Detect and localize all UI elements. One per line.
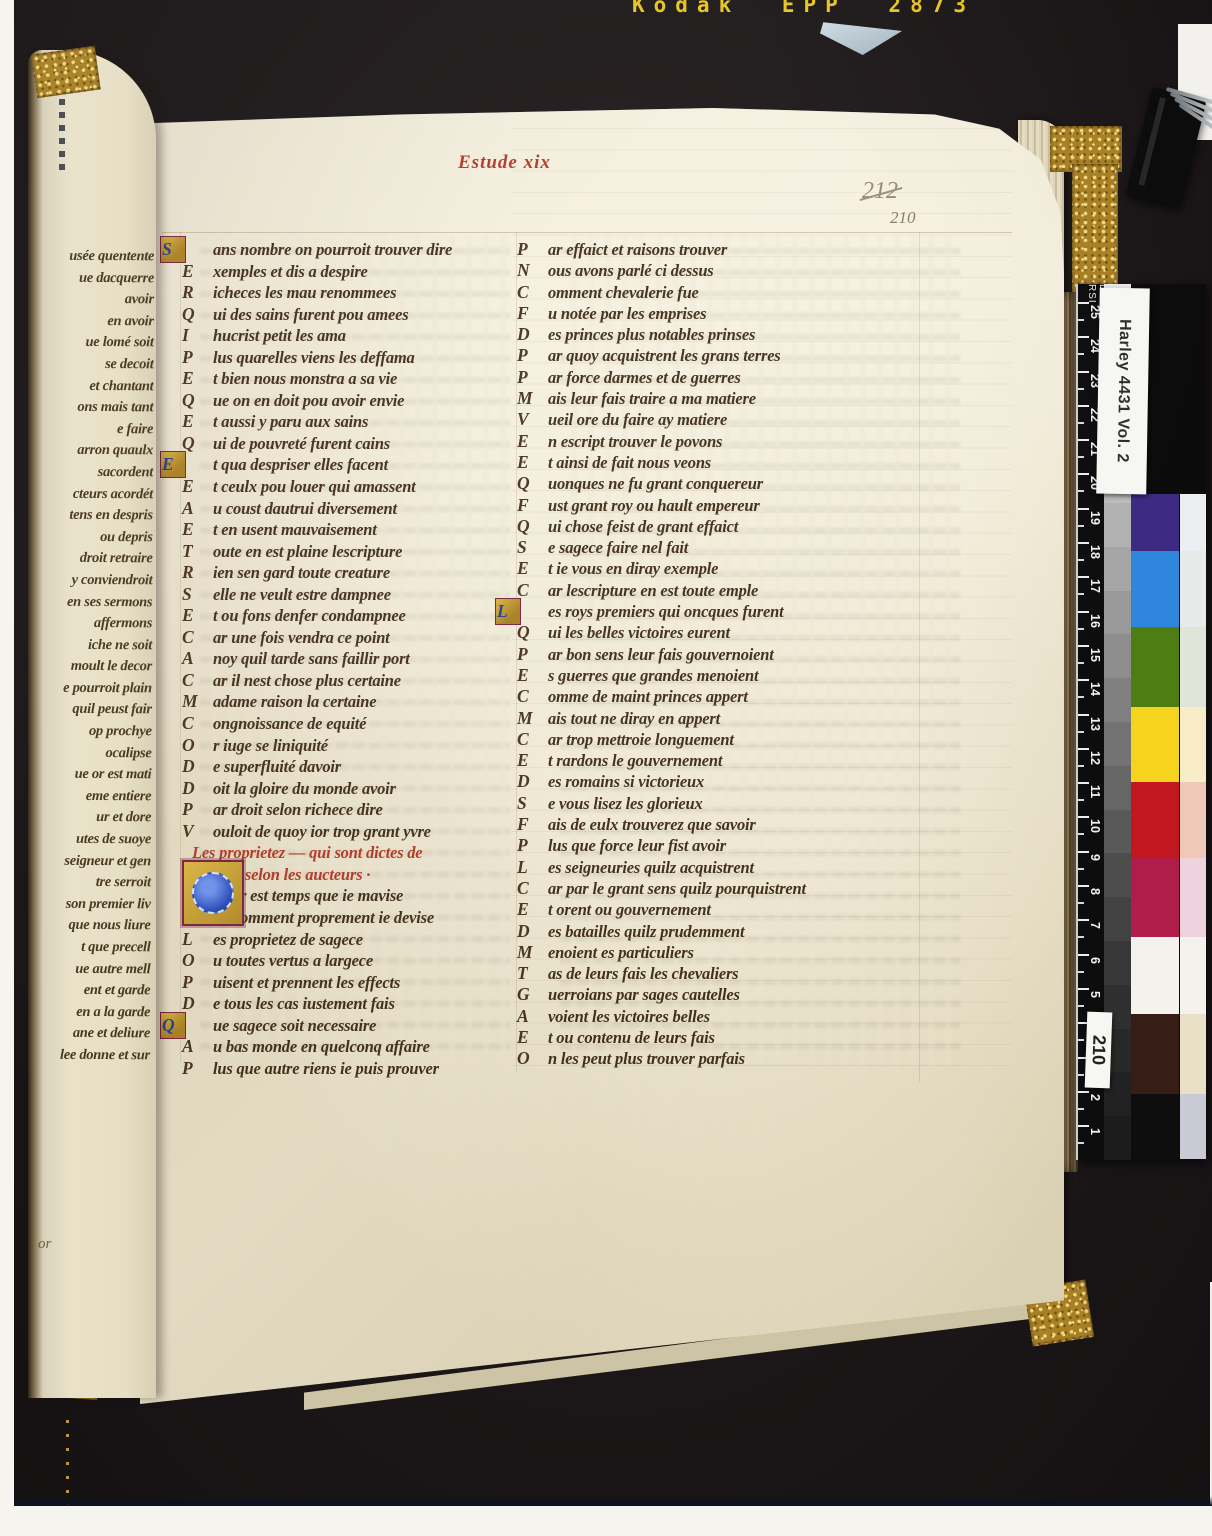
verse-text: ui de pouvreté furent cains bbox=[213, 433, 390, 455]
verse-initial: D bbox=[517, 771, 548, 792]
verse-text: ar effaict et raisons trouver bbox=[548, 239, 727, 260]
ruler-tick-short bbox=[1078, 731, 1084, 733]
verse-line: D es princes plus notables prinses bbox=[517, 324, 847, 345]
verse-initial: E bbox=[517, 558, 548, 579]
patch-main bbox=[1131, 782, 1179, 858]
verse-line: Q ui des sains furent pou amees bbox=[182, 304, 512, 326]
text-column-left: S ans nombre on pourroit trouver dire E … bbox=[182, 239, 512, 1079]
verse-initial: D bbox=[182, 993, 213, 1015]
patch-row bbox=[1131, 937, 1206, 1014]
prev-page-fragment: ane et deliure bbox=[34, 1023, 150, 1045]
folio-number-old: 212 bbox=[862, 178, 898, 205]
verse-line: F ais de eulx trouverez que savoir bbox=[517, 814, 847, 835]
verse-initial: T bbox=[182, 541, 213, 563]
verse-line: L es seigneuries quilz acquistrent bbox=[517, 857, 847, 878]
verse-line: P lus que force leur fist avoir bbox=[517, 835, 847, 856]
ruler-tick-long bbox=[1078, 576, 1089, 578]
ruler-tick-long bbox=[1078, 542, 1089, 544]
verse-text: t en usent mauvaisement bbox=[213, 519, 377, 541]
verse-line: V ouloit de quoy ior trop grant yvre bbox=[182, 821, 512, 843]
ruler-number: 1 bbox=[1088, 1128, 1102, 1135]
verse-initial: L bbox=[182, 929, 213, 951]
verse-line: O r iuge se liniquité bbox=[182, 735, 512, 757]
verse-line: G uerroians par sages cautelles bbox=[517, 984, 847, 1005]
verse-line: C ar il nest chose plus certaine bbox=[182, 670, 512, 692]
verse-text: ui des sains furent pou amees bbox=[213, 304, 408, 326]
patch-tint bbox=[1179, 707, 1206, 782]
patch-row bbox=[1131, 551, 1206, 627]
verse-initial: Q bbox=[517, 473, 548, 494]
verse-text: t ou fons denfer condampnee bbox=[213, 605, 406, 627]
patch-row bbox=[1131, 782, 1206, 858]
verse-line: E t ou contenu de leurs fais bbox=[517, 1027, 847, 1048]
prev-page-fragment: seigneur et gen bbox=[35, 850, 151, 872]
ruler-tick-long bbox=[1078, 405, 1089, 407]
ruler-number: 10 bbox=[1088, 819, 1102, 833]
prev-page-text: usée quententeue dacquerreavoiren avoiru… bbox=[34, 246, 154, 1067]
ruler-tick-short bbox=[1078, 1005, 1084, 1007]
verse-line: O u toutes vertus a largece bbox=[182, 950, 512, 972]
verse-initial: A bbox=[517, 1006, 548, 1027]
verse-initial: E bbox=[182, 261, 213, 283]
verse-line: S e vous lisez les glorieux bbox=[517, 793, 847, 814]
verse-line: D e superfluité davoir bbox=[182, 756, 512, 778]
text-column-right: P ar effaict et raisons trouver N ous av… bbox=[517, 239, 847, 1070]
verse-text: u coust dautrui diversement bbox=[213, 498, 397, 520]
verse-line: C omment chevalerie fue bbox=[517, 282, 847, 303]
verse-text: ue on en doit pou avoir envie bbox=[213, 390, 404, 412]
verse-line: C ongnoissance de equité bbox=[182, 713, 512, 735]
prev-page-fragment: en ses sermons bbox=[36, 591, 152, 613]
verse-line: C ar une fois vendra ce point bbox=[182, 627, 512, 649]
film-tab bbox=[820, 15, 902, 55]
verse-initial: E bbox=[182, 519, 213, 541]
verse-text: u bas monde en quelconq affaire bbox=[213, 1036, 430, 1058]
verse-initial: M bbox=[182, 691, 213, 713]
patch-tint bbox=[1179, 627, 1206, 707]
verse-line: S ans nombre on pourroit trouver dire bbox=[182, 239, 512, 261]
verse-text: xemples et dis a despire bbox=[213, 261, 368, 283]
verse-line: P uisent et prennent les effects bbox=[182, 972, 512, 994]
verse-text: ar lescripture en est toute emple bbox=[548, 580, 758, 601]
ruler-number: 13 bbox=[1088, 717, 1102, 731]
ruler-number: 6 bbox=[1088, 957, 1102, 964]
prev-page-fragment: en a la garde bbox=[34, 1001, 150, 1023]
ruler-number: 17 bbox=[1088, 579, 1102, 593]
verse-initial: Q bbox=[182, 390, 213, 412]
verse-text: omme de maint princes appert bbox=[548, 686, 748, 707]
verse-text: t ainsi de fait nous veons bbox=[548, 452, 711, 473]
ruler-tick-long bbox=[1078, 954, 1089, 956]
verse-initial: A bbox=[182, 1036, 213, 1058]
prev-page-fragment: ent et garde bbox=[34, 980, 150, 1002]
verse-text: t ou contenu de leurs fais bbox=[548, 1027, 715, 1048]
ruler-tick-long bbox=[1078, 439, 1089, 441]
ruler-tick-long bbox=[1078, 336, 1089, 338]
ruler-number: 14 bbox=[1088, 682, 1102, 696]
verse-line: M enoient es particuliers bbox=[517, 942, 847, 963]
color-patches bbox=[1131, 494, 1206, 1159]
ruler-tick-long bbox=[1078, 1091, 1089, 1093]
verse-text: noy quil tarde sans faillir port bbox=[213, 648, 410, 670]
ruler-tick-long bbox=[1078, 816, 1089, 818]
verse-line: E t ie vous en diray exemple bbox=[517, 558, 847, 579]
quire-mark: or bbox=[38, 1236, 51, 1253]
patch-main bbox=[1131, 1014, 1179, 1094]
prev-page-fragment: son premier liv bbox=[35, 894, 151, 916]
verse-line: Q ui de pouvreté furent cains bbox=[182, 433, 512, 455]
verse-initial: M bbox=[517, 942, 548, 963]
verse-line: E t en usent mauvaisement bbox=[182, 519, 512, 541]
verse-group-a: S ans nombre on pourroit trouver dire E … bbox=[182, 239, 512, 842]
verse-text: lus que force leur fist avoir bbox=[548, 835, 726, 856]
folio-sticker-text: 210 bbox=[1087, 1035, 1109, 1066]
patch-row bbox=[1131, 1014, 1206, 1094]
verse-line: L es proprietez de sagece bbox=[182, 929, 512, 951]
verse-line: R icheces les mau renommees bbox=[182, 282, 512, 304]
verse-initial: F bbox=[517, 495, 548, 516]
verse-line: Q uonques ne fu grant conquereur bbox=[517, 473, 847, 494]
verse-initial: C bbox=[517, 580, 548, 601]
ruler-number: 18 bbox=[1088, 545, 1102, 559]
verse-initial: A bbox=[182, 648, 213, 670]
verse-text: es roys premiers qui oncques furent bbox=[548, 601, 783, 622]
patch-tint bbox=[1179, 1094, 1206, 1159]
page-heading: Estude xix bbox=[458, 152, 551, 174]
ruler-tick-long bbox=[1078, 371, 1089, 373]
verse-initial: P bbox=[517, 835, 548, 856]
ruler-tick-long bbox=[1078, 988, 1089, 990]
verse-line: S elle ne veult estre dampnee bbox=[182, 584, 512, 606]
verse-text: omment proprement ie devise bbox=[240, 907, 434, 929]
patch-main bbox=[1131, 551, 1179, 627]
photo-bottom-edge bbox=[14, 1496, 1212, 1506]
verse-line: M ais leur fais traire a ma matiere bbox=[517, 388, 847, 409]
verse-text: ar force darmes et de guerres bbox=[548, 367, 741, 388]
ruler-tick-short bbox=[1078, 936, 1084, 938]
verse-initial: Q bbox=[182, 433, 213, 455]
verse-text: n les peut plus trouver parfais bbox=[548, 1048, 745, 1069]
ruler-tick-short bbox=[1078, 628, 1084, 630]
gray-step bbox=[1104, 810, 1131, 854]
ruler-number: 9 bbox=[1088, 854, 1102, 861]
verse-text: hucrist petit les ama bbox=[213, 325, 346, 347]
patch-tint bbox=[1179, 858, 1206, 937]
ruler-tick-short bbox=[1078, 662, 1084, 664]
verse-initial: E bbox=[517, 750, 548, 771]
verse-line: P ar quoy acquistrent les grans terres bbox=[517, 345, 847, 366]
verse-line: P ar force darmes et de guerres bbox=[517, 367, 847, 388]
verse-line: Q ue sagece soit necessaire bbox=[182, 1015, 512, 1037]
verse-initial: S bbox=[182, 584, 213, 606]
prev-page-edge: usée quententeue dacquerreavoiren avoiru… bbox=[28, 50, 156, 1398]
ruler-tick-long bbox=[1078, 679, 1089, 681]
verse-initial: P bbox=[182, 972, 213, 994]
verse-text: elle ne veult estre dampnee bbox=[213, 584, 391, 606]
verse-text: omment chevalerie fue bbox=[548, 282, 699, 303]
prev-page-fragment: ou depris bbox=[37, 526, 153, 548]
gray-step bbox=[1104, 941, 1131, 985]
verse-line: Q ui chose feist de grant effaict bbox=[517, 516, 847, 537]
prev-page-fragment: moult le decor bbox=[36, 656, 152, 678]
verse-initial: T bbox=[517, 963, 548, 984]
prev-page-fragment: ons mais tant bbox=[37, 397, 153, 419]
prev-page-fragment: cteurs acordét bbox=[37, 483, 153, 505]
verse-line: P lus que autre riens ie puis prouver bbox=[182, 1058, 512, 1080]
patch-main bbox=[1131, 494, 1179, 551]
prev-page-fragment: ur et dore bbox=[35, 807, 151, 829]
prev-page-fragment: lee donne et sur bbox=[34, 1045, 150, 1067]
prev-page-fragment: ue dacquerre bbox=[38, 267, 154, 289]
ruler-tick-short bbox=[1078, 971, 1084, 973]
verse-initial: Q bbox=[517, 516, 548, 537]
prev-page-fragment: en avoir bbox=[38, 310, 154, 332]
verse-initial: M bbox=[517, 388, 548, 409]
ruler-tick-short bbox=[1078, 799, 1084, 801]
patch-row bbox=[1131, 707, 1206, 782]
prev-page-fragment: quil peust fair bbox=[36, 699, 152, 721]
verse-line: C ar lescripture en est toute emple bbox=[517, 580, 847, 601]
verse-text: t qua despriser elles facent bbox=[213, 454, 388, 476]
verse-line: P ar effaict et raisons trouver bbox=[517, 239, 847, 260]
verse-initial: E bbox=[517, 899, 548, 920]
verse-text: ueil ore du faire ay matiere bbox=[548, 409, 727, 430]
ruler-tick-short bbox=[1078, 696, 1084, 698]
verse-line: P lus quarelles viens les deffama bbox=[182, 347, 512, 369]
verse-initial: L bbox=[517, 857, 548, 878]
verse-line: C ar trop mettroie longuement bbox=[517, 729, 847, 750]
verse-text: ar bon sens leur fais gouvernoient bbox=[548, 644, 774, 665]
verse-initial: S bbox=[517, 537, 548, 558]
verse-text: uerroians par sages cautelles bbox=[548, 984, 740, 1005]
verse-text: es proprietez de sagece bbox=[213, 929, 363, 951]
ruling-line-top bbox=[162, 232, 1012, 233]
verse-initial: Q bbox=[182, 1015, 213, 1037]
patch-main bbox=[1131, 707, 1179, 782]
ruler-number: 12 bbox=[1088, 751, 1102, 765]
prev-page-fragment: arron quaulx bbox=[37, 440, 153, 462]
ruler-tick-short bbox=[1078, 1108, 1084, 1110]
verse-text: ous avons parlé ci dessus bbox=[548, 260, 714, 281]
verse-text: ui chose feist de grant effaict bbox=[548, 516, 738, 537]
verse-line: M ais tout ne diray en appert bbox=[517, 708, 847, 729]
verse-line: D es romains si victorieux bbox=[517, 771, 847, 792]
verse-line: E t qua despriser elles facent bbox=[182, 454, 512, 476]
verse-text: ar il nest chose plus certaine bbox=[213, 670, 401, 692]
ruler-number: 15 bbox=[1088, 648, 1102, 662]
verse-text: es romains si victorieux bbox=[548, 771, 704, 792]
verse-text: ue sagece soit necessaire bbox=[213, 1015, 376, 1037]
verse-text: as de leurs fais les chevaliers bbox=[548, 963, 738, 984]
gray-step bbox=[1104, 503, 1131, 547]
verse-line: O n les peut plus trouver parfais bbox=[517, 1048, 847, 1069]
patch-row bbox=[1131, 494, 1206, 551]
verse-text: enoient es particuliers bbox=[548, 942, 694, 963]
ruler-tick-long bbox=[1078, 782, 1089, 784]
patch-tint bbox=[1179, 782, 1206, 858]
verse-text: oit la gloire du monde avoir bbox=[213, 778, 396, 800]
gray-step bbox=[1104, 634, 1131, 678]
verse-line: D es batailles quilz prudemment bbox=[517, 921, 847, 942]
verse-line: E t ainsi de fait nous veons bbox=[517, 452, 847, 473]
verse-text: ar droit selon richece dire bbox=[213, 799, 383, 821]
verse-initial: D bbox=[517, 921, 548, 942]
verse-text: e sagece faire nel fait bbox=[548, 537, 688, 558]
patch-row bbox=[1131, 858, 1206, 937]
verse-line: E s guerres que grandes menoient bbox=[517, 665, 847, 686]
ruler-tick-long bbox=[1078, 714, 1089, 716]
verse-text: lus que autre riens ie puis prouver bbox=[213, 1058, 439, 1080]
prev-page-fragment: se decoit bbox=[37, 354, 153, 376]
verse-initial: C bbox=[182, 713, 213, 735]
ruler-number: 16 bbox=[1088, 614, 1102, 628]
verse-text: ouloit de quoy ior trop grant yvre bbox=[213, 821, 431, 843]
verse-text: ais de eulx trouverez que savoir bbox=[548, 814, 756, 835]
verse-initial: G bbox=[517, 984, 548, 1005]
volume-sticker: Harley 4431 Vol. 2 bbox=[1096, 288, 1150, 495]
verse-text: u toutes vertus a largece bbox=[213, 950, 373, 972]
verse-line: E xemples et dis a despire bbox=[182, 261, 512, 283]
verse-initial: Q bbox=[517, 622, 548, 643]
verse-initial: C bbox=[182, 627, 213, 649]
verse-initial: O bbox=[517, 1048, 548, 1069]
verse-initial: F bbox=[517, 303, 548, 324]
verse-text: ar quoy acquistrent les grans terres bbox=[548, 345, 781, 366]
patch-tint bbox=[1179, 494, 1206, 551]
verse-line: D oit la gloire du monde avoir bbox=[182, 778, 512, 800]
verse-initial: P bbox=[517, 644, 548, 665]
verse-initial: D bbox=[182, 756, 213, 778]
verse-line: E t aussi y paru aux sains bbox=[182, 411, 512, 433]
verse-initial: P bbox=[182, 1058, 213, 1080]
verse-initial: C bbox=[517, 686, 548, 707]
verse-text: e tous les cas iustement fais bbox=[213, 993, 395, 1015]
verse-initial: E bbox=[182, 605, 213, 627]
verse-initial: E bbox=[517, 452, 548, 473]
volume-sticker-text: Harley 4431 Vol. 2 bbox=[1113, 319, 1134, 463]
verse-initial: R bbox=[182, 562, 213, 584]
prev-page-fragment: droit retraire bbox=[36, 548, 152, 570]
verse-text: adame raison la certaine bbox=[213, 691, 376, 713]
verse-text: ais leur fais traire a ma matiere bbox=[548, 388, 756, 409]
verse-text: voient les victoires belles bbox=[548, 1006, 710, 1027]
verse-initial: C bbox=[517, 282, 548, 303]
verse-text: es batailles quilz prudemment bbox=[548, 921, 744, 942]
verse-initial: D bbox=[182, 778, 213, 800]
ruler-tick-short bbox=[1078, 868, 1084, 870]
prev-page-fragment: t que precell bbox=[34, 937, 150, 959]
verse-initial: P bbox=[517, 239, 548, 260]
gray-step bbox=[1104, 678, 1131, 722]
prev-page-fragment: iche ne soit bbox=[36, 634, 152, 656]
ruler-tick-long bbox=[1078, 1125, 1089, 1127]
verse-text: s guerres que grandes menoient bbox=[548, 665, 758, 686]
prev-page-fragment: usée quentente bbox=[38, 246, 154, 268]
verse-line: I hucrist petit les ama bbox=[182, 325, 512, 347]
prev-page-fragment: ocalipse bbox=[35, 742, 151, 764]
ruler-tick-short bbox=[1078, 319, 1084, 321]
verse-initial: P bbox=[182, 799, 213, 821]
verse-text: uonques ne fu grant conquereur bbox=[548, 473, 763, 494]
verse-line: Q ui les belles victoires eurent bbox=[517, 622, 847, 643]
verse-line: A u coust dautrui diversement bbox=[182, 498, 512, 520]
ruler-tick-long bbox=[1078, 473, 1089, 475]
verse-text: e vous lisez les glorieux bbox=[548, 793, 703, 814]
patch-main bbox=[1131, 1094, 1179, 1159]
verse-text: t orent ou gouvernement bbox=[548, 899, 711, 920]
patch-main bbox=[1131, 937, 1179, 1014]
prev-page-fragment: et chantant bbox=[37, 375, 153, 397]
manuscript-page: Estude xix 212 210 S ans nombre on pourr… bbox=[140, 108, 1064, 1404]
verse-text: ongnoissance de equité bbox=[213, 713, 366, 735]
gray-step bbox=[1104, 722, 1131, 766]
verse-initial: M bbox=[517, 708, 548, 729]
verse-line: N ous avons parlé ci dessus bbox=[517, 260, 847, 281]
verse-initial: F bbox=[517, 814, 548, 835]
verse-line: C omme de maint princes appert bbox=[517, 686, 847, 707]
verse-line: R ien sen gard toute creature bbox=[182, 562, 512, 584]
stitch-marks bbox=[59, 86, 65, 172]
verse-line: E t rardons le gouvernement bbox=[517, 750, 847, 771]
prev-page-fragment: affermons bbox=[36, 613, 152, 635]
ruler-tick-long bbox=[1078, 611, 1089, 613]
verse-text: t bien nous monstra a sa vie bbox=[213, 368, 397, 390]
ruler-tick-short bbox=[1078, 388, 1084, 390]
verse-line: D e tous les cas iustement fais bbox=[182, 993, 512, 1015]
prev-page-fragment: sacordent bbox=[37, 462, 153, 484]
verse-initial: E bbox=[182, 411, 213, 433]
ruler-tick-long bbox=[1078, 508, 1089, 510]
patch-row bbox=[1131, 1094, 1206, 1159]
verse-text: es princes plus notables prinses bbox=[548, 324, 755, 345]
verse-initial: I bbox=[182, 325, 213, 347]
ruler-number: 11 bbox=[1088, 785, 1102, 798]
verse-text: uisent et prennent les effects bbox=[213, 972, 400, 994]
verse-line: E t orent ou gouvernement bbox=[517, 899, 847, 920]
verse-line: C ar par le grant sens quilz pourquistre… bbox=[517, 878, 847, 899]
verse-line: P ar droit selon richece dire bbox=[182, 799, 512, 821]
gilt-edge-top-left bbox=[31, 46, 101, 98]
verse-text: t aussi y paru aux sains bbox=[213, 411, 368, 433]
verse-initial: S bbox=[182, 239, 213, 261]
verse-initial: V bbox=[517, 409, 548, 430]
ruler-tick-short bbox=[1078, 422, 1084, 424]
verse-initial: O bbox=[182, 950, 213, 972]
ruling-line-left bbox=[180, 232, 181, 1062]
verse-text: ui les belles victoires eurent bbox=[548, 622, 730, 643]
verse-initial: E bbox=[182, 368, 213, 390]
verse-line: E n escript trouver le povons bbox=[517, 431, 847, 452]
prev-page-fragment: ue or est mati bbox=[35, 764, 151, 786]
verse-initial: A bbox=[182, 498, 213, 520]
ruler-tick-long bbox=[1078, 885, 1089, 887]
verse-text: n escript trouver le povons bbox=[548, 431, 722, 452]
photo-stage: Kodak EPP 2873 Estude xix 212 210 bbox=[0, 0, 1212, 1536]
photo-backdrop: Kodak EPP 2873 Estude xix 212 210 bbox=[14, 0, 1212, 1506]
verse-line: S e sagece faire nel fait bbox=[517, 537, 847, 558]
folio-number-new: 210 bbox=[890, 208, 916, 228]
prev-page-fragment: ue lomé soit bbox=[38, 332, 154, 354]
ruler-tick-short bbox=[1078, 765, 1084, 767]
verse-text: t rardons le gouvernement bbox=[548, 750, 722, 771]
kodak-film-label: Kodak EPP 2873 bbox=[632, 0, 975, 17]
verse-line: E t bien nous monstra a sa vie bbox=[182, 368, 512, 390]
verse-initial: E bbox=[517, 1027, 548, 1048]
verse-line: V ueil ore du faire ay matiere bbox=[517, 409, 847, 430]
verse-initial: P bbox=[517, 367, 548, 388]
verse-text: r iuge se liniquité bbox=[213, 735, 328, 757]
verse-initial: E bbox=[517, 665, 548, 686]
